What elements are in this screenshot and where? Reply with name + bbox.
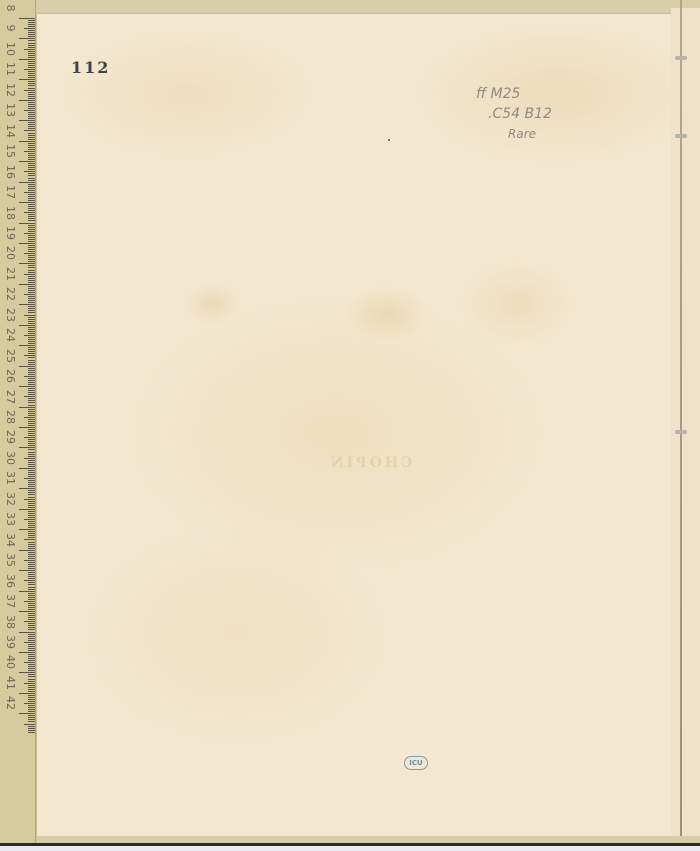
ruler-tick [19, 59, 35, 60]
ruler-tick [28, 615, 35, 616]
ink-speck [388, 139, 390, 141]
ruler-tick [28, 157, 35, 158]
ruler-tick [28, 535, 35, 536]
ruler-label: 32 [4, 490, 16, 508]
ruler-tick [28, 599, 35, 600]
ruler-tick [28, 241, 35, 242]
ruler-tick [28, 564, 35, 565]
ruler-tick [28, 73, 35, 74]
ruler-tick [28, 623, 35, 624]
ruler-tick [28, 584, 35, 585]
ruler-tick [28, 126, 35, 127]
ruler-tick [28, 63, 35, 64]
ruler-tick [19, 345, 35, 346]
ruler-tick [28, 290, 35, 291]
ruler-tick [19, 182, 35, 183]
ruler-label: 41 [4, 674, 16, 692]
ruler-tick [28, 578, 35, 579]
ruler-tick [28, 701, 35, 702]
ruler-tick [28, 527, 35, 528]
ruler-tick [28, 476, 35, 477]
ruler-tick [28, 576, 35, 577]
ruler-tick [28, 108, 35, 109]
ruler-tick [28, 116, 35, 117]
ruler-tick [28, 533, 35, 534]
ruler-tick [28, 298, 35, 299]
ruler-tick [28, 247, 35, 248]
ruler-tick [28, 466, 35, 467]
ruler-tick [28, 272, 35, 273]
ruler-tick [28, 214, 35, 215]
ruler-tick [24, 294, 35, 295]
ruler-tick [24, 458, 35, 459]
ruler-label: 36 [4, 572, 16, 590]
ruler-tick [28, 413, 35, 414]
ruler-tick [24, 151, 35, 152]
ruler-tick [19, 509, 35, 510]
ruler-tick [28, 180, 35, 181]
ruler-tick [28, 128, 35, 129]
ruler-tick [28, 92, 35, 93]
binding-stitch-icon [675, 430, 687, 434]
ruler-tick [28, 337, 35, 338]
ruler-tick [28, 705, 35, 706]
ruler-tick [28, 644, 35, 645]
call-number-line-2: .C54 B12 [488, 104, 552, 124]
ruler-tick [28, 464, 35, 465]
ruler-tick [28, 589, 35, 590]
ruler-tick [28, 515, 35, 516]
ruler-tick [28, 145, 35, 146]
ruler-tick [28, 666, 35, 667]
ruler-tick [24, 437, 35, 438]
ruler-tick [28, 462, 35, 463]
ruler-tick [28, 568, 35, 569]
ruler-tick [28, 728, 35, 729]
ruler-label: 37 [4, 592, 16, 610]
ruler-tick [19, 611, 35, 612]
ruler-tick [28, 220, 35, 221]
ruler-tick [28, 372, 35, 373]
ruler-tick [28, 537, 35, 538]
ruler-tick [28, 486, 35, 487]
ruler-tick [28, 351, 35, 352]
ruler-tick [19, 79, 35, 80]
ruler-tick [28, 597, 35, 598]
ruler-tick [28, 47, 35, 48]
ruler-tick [28, 556, 35, 557]
ruler-tick [28, 548, 35, 549]
ruler-tick [28, 605, 35, 606]
ruler-tick [28, 656, 35, 657]
ruler-tick [28, 286, 35, 287]
call-number-line-1: ff M25 [476, 84, 552, 104]
ruler-tick [28, 204, 35, 205]
ruler-tick [28, 695, 35, 696]
ruler-tick [28, 374, 35, 375]
ruler-tick [28, 732, 35, 733]
ruler-tick [28, 501, 35, 502]
ruler-tick [24, 315, 35, 316]
ruler-tick [24, 580, 35, 581]
ruler-tick [19, 243, 35, 244]
ruler-tick [28, 57, 35, 58]
ruler-tick [28, 20, 35, 21]
ruler-tick [28, 405, 35, 406]
ruler-label: 29 [4, 428, 16, 446]
ruler-tick [28, 231, 35, 232]
ruler-tick [28, 717, 35, 718]
ruler-tick [28, 96, 35, 97]
ruler-tick [28, 490, 35, 491]
ruler-tick [28, 139, 35, 140]
ruler-tick [24, 642, 35, 643]
ruler-tick [28, 149, 35, 150]
ruler-tick [28, 691, 35, 692]
ruler-tick [19, 632, 35, 633]
ruler-label: 31 [4, 469, 16, 487]
ruler-tick [19, 325, 35, 326]
ruler-tick [28, 353, 35, 354]
ruler-tick [28, 302, 35, 303]
ruler-tick [28, 505, 35, 506]
ruler-tick [28, 415, 35, 416]
ruler-tick [28, 210, 35, 211]
ruler-tick [28, 572, 35, 573]
ruler-tick [28, 603, 35, 604]
ruler-tick [28, 593, 35, 594]
ruler-label: 30 [4, 449, 16, 467]
ruler-tick [28, 646, 35, 647]
ruler-tick [28, 482, 35, 483]
ruler-tick [28, 523, 35, 524]
ruler-label: 11 [4, 60, 16, 78]
ruler-tick [28, 235, 35, 236]
ruler-tick [24, 621, 35, 622]
ruler-tick [28, 143, 35, 144]
ruler-tick [28, 357, 35, 358]
ruler-tick [28, 206, 35, 207]
ruler-tick [28, 323, 35, 324]
ruler-tick [19, 672, 35, 673]
ruler-tick [19, 38, 35, 39]
ruler-tick [28, 83, 35, 84]
ruler-tick [28, 71, 35, 72]
ruler-tick [28, 333, 35, 334]
ruler-tick [28, 122, 35, 123]
ruler-tick [24, 212, 35, 213]
ruler-tick [28, 627, 35, 628]
ruler-tick [24, 130, 35, 131]
ruler-tick [28, 421, 35, 422]
ruler-tick [28, 329, 35, 330]
ruler-tick [28, 85, 35, 86]
ruler-tick [28, 676, 35, 677]
ruler-tick [28, 574, 35, 575]
ruler-tick [28, 98, 35, 99]
ruler-tick [24, 233, 35, 234]
ruler-tick [19, 550, 35, 551]
ruler-tick [28, 681, 35, 682]
ruler-tick [28, 36, 35, 37]
ruler-tick [24, 478, 35, 479]
ruler-tick [28, 423, 35, 424]
ruler-label: 10 [4, 40, 16, 58]
ruler-tick [19, 488, 35, 489]
ruler-tick [28, 194, 35, 195]
ruler-tick [28, 441, 35, 442]
ruler-tick [28, 24, 35, 25]
ruler-tick [28, 439, 35, 440]
ruler-tick [28, 331, 35, 332]
ruler-tick [28, 32, 35, 33]
ruler-tick [24, 662, 35, 663]
ruler-tick [28, 349, 35, 350]
ruler-tick [24, 90, 35, 91]
ruler-tick [24, 335, 35, 336]
ruler-tick [19, 202, 35, 203]
ruler-label: 19 [4, 224, 16, 242]
ruler-tick [28, 362, 35, 363]
ruler-tick [28, 697, 35, 698]
ruler-tick [28, 400, 35, 401]
ruler-label: 14 [4, 122, 16, 140]
ruler-tick [28, 648, 35, 649]
ruler-tick [28, 200, 35, 201]
ruler-tick [28, 339, 35, 340]
ruler-tick [28, 312, 35, 313]
ruler-tick [28, 640, 35, 641]
ruler-tick [28, 165, 35, 166]
ruler-tick [28, 711, 35, 712]
ruler-tick [28, 267, 35, 268]
ruler-tick [28, 525, 35, 526]
ruler-tick [24, 396, 35, 397]
ruler-label: 15 [4, 142, 16, 160]
ruler-tick [28, 521, 35, 522]
ruler-label: 16 [4, 163, 16, 181]
ruler-label: 33 [4, 510, 16, 528]
ruler-tick [28, 394, 35, 395]
ruler-tick [28, 147, 35, 148]
ruler-tick [19, 652, 35, 653]
ruler-tick [28, 94, 35, 95]
page-number: 112 [71, 58, 110, 77]
ruler-label: 25 [4, 347, 16, 365]
ruler-tick [19, 141, 35, 142]
ruler-label: 8 [4, 0, 16, 17]
ruler-tick [24, 171, 35, 172]
ruler-tick [28, 218, 35, 219]
ruler-tick [28, 133, 35, 134]
ruler-tick [28, 225, 35, 226]
ruler-tick [28, 435, 35, 436]
ruler-tick [28, 184, 35, 185]
ruler-tick [28, 364, 35, 365]
ruler-tick [28, 494, 35, 495]
ruler-tick [28, 480, 35, 481]
ruler-tick [24, 192, 35, 193]
ruler-tick [28, 544, 35, 545]
ruler-tick [28, 398, 35, 399]
ruler-tick [28, 609, 35, 610]
ruler-tick [28, 106, 35, 107]
ruler-tick [28, 196, 35, 197]
ruler-tick [28, 327, 35, 328]
ruler-tick [19, 100, 35, 101]
ruler-tick [19, 693, 35, 694]
ruler-tick [28, 34, 35, 35]
ruler-tick [28, 321, 35, 322]
library-stamp-icon: ICU [404, 756, 428, 770]
ruler-tick [28, 660, 35, 661]
ruler-tick [19, 386, 35, 387]
ruler-tick [28, 341, 35, 342]
ruler-tick [19, 223, 35, 224]
ruler-tick [28, 186, 35, 187]
ruler-tick [28, 114, 35, 115]
ruler-tick [19, 18, 35, 19]
ruler-tick [19, 529, 35, 530]
ruler-tick [28, 167, 35, 168]
ruler-tick [28, 719, 35, 720]
ruler-tick [28, 270, 35, 271]
ruler-label: 42 [4, 694, 16, 712]
ruler-tick [28, 433, 35, 434]
ruler-tick [28, 566, 35, 567]
ruler-tick [28, 163, 35, 164]
ruler-tick [28, 638, 35, 639]
ruler-tick [28, 730, 35, 731]
ruler-tick [28, 531, 35, 532]
ruler-tick [28, 707, 35, 708]
ruler-label: 28 [4, 408, 16, 426]
ruler-tick [28, 460, 35, 461]
ruler-tick [28, 292, 35, 293]
ruler-tick [28, 472, 35, 473]
scanned-page-image: 8910111213141516171819202122232425262728… [0, 0, 700, 851]
ruler-tick [28, 402, 35, 403]
ruler-tick [28, 22, 35, 23]
ruler-tick [28, 65, 35, 66]
ruler-tick [28, 249, 35, 250]
ruler-tick [19, 366, 35, 367]
ruler-tick [28, 296, 35, 297]
ruler-tick [28, 452, 35, 453]
ruler-label: 38 [4, 613, 16, 631]
ruler-tick [28, 378, 35, 379]
ruler-tick [28, 153, 35, 154]
ruler-tick [28, 721, 35, 722]
ruler-tick [28, 625, 35, 626]
ruler-tick [28, 347, 35, 348]
ruler-tick [28, 613, 35, 614]
ruler-tick [19, 591, 35, 592]
ruler-tick [28, 360, 35, 361]
ruler-tick [28, 699, 35, 700]
ruler-tick [28, 513, 35, 514]
ruler-tick [28, 546, 35, 547]
ruler-tick [28, 306, 35, 307]
ruler-tick [28, 155, 35, 156]
ruler-tick [28, 343, 35, 344]
ruler-label: 13 [4, 101, 16, 119]
ruler-tick [28, 443, 35, 444]
ruler-tick [24, 69, 35, 70]
ruler-tick [24, 110, 35, 111]
ruler-tick [28, 474, 35, 475]
ruler-tick [28, 454, 35, 455]
ruler-tick [28, 390, 35, 391]
ruler-tick [28, 431, 35, 432]
ruler-tick [28, 380, 35, 381]
ruler-label: 26 [4, 367, 16, 385]
ruler-tick [28, 650, 35, 651]
ruler-tick [28, 664, 35, 665]
ruler-tick [24, 683, 35, 684]
ruler-tick [28, 81, 35, 82]
ruler-tick [28, 308, 35, 309]
scanner-bed-edge [0, 843, 700, 851]
ruler-label: 40 [4, 653, 16, 671]
ruler-tick [28, 370, 35, 371]
ruler-tick [28, 679, 35, 680]
binding-stitch-icon [675, 134, 687, 138]
ruler-tick [28, 670, 35, 671]
ruler-tick [28, 43, 35, 44]
ruler-tick [28, 587, 35, 588]
ruler-tick [24, 560, 35, 561]
ruler-tick [28, 159, 35, 160]
ruler-tick [28, 456, 35, 457]
binding-stitch-icon [675, 56, 687, 60]
ruler-tick [19, 468, 35, 469]
ruler-tick [28, 173, 35, 174]
pencil-call-number: ff M25 .C54 B12 Rare [476, 84, 552, 144]
ruler-tick [28, 511, 35, 512]
ruler-tick [28, 208, 35, 209]
ruler-tick [28, 257, 35, 258]
ruler-tick [28, 629, 35, 630]
ruler-tick [28, 715, 35, 716]
ruler-tick [28, 259, 35, 260]
ruler-tick [28, 552, 35, 553]
ruler-label: 35 [4, 551, 16, 569]
ruler-tick [28, 507, 35, 508]
ruler-tick [24, 519, 35, 520]
ruler-label: 20 [4, 244, 16, 262]
ruler-tick [19, 161, 35, 162]
ruler-tick [28, 276, 35, 277]
bleed-through-title: CHOPIN [270, 455, 470, 471]
ruler-label: 18 [4, 204, 16, 222]
ruler-tick [28, 300, 35, 301]
ruler-tick [28, 317, 35, 318]
ruler-tick [28, 278, 35, 279]
ruler-tick [28, 237, 35, 238]
binding-fold [680, 0, 682, 843]
ruler-tick [28, 492, 35, 493]
ruler-tick [28, 668, 35, 669]
ruler-tick [28, 619, 35, 620]
ruler-tick [28, 288, 35, 289]
ruler-tick [28, 687, 35, 688]
ruler-tick [24, 376, 35, 377]
ruler-label: 27 [4, 388, 16, 406]
ruler-tick [28, 517, 35, 518]
ruler-tick [28, 554, 35, 555]
ruler-tick [24, 601, 35, 602]
